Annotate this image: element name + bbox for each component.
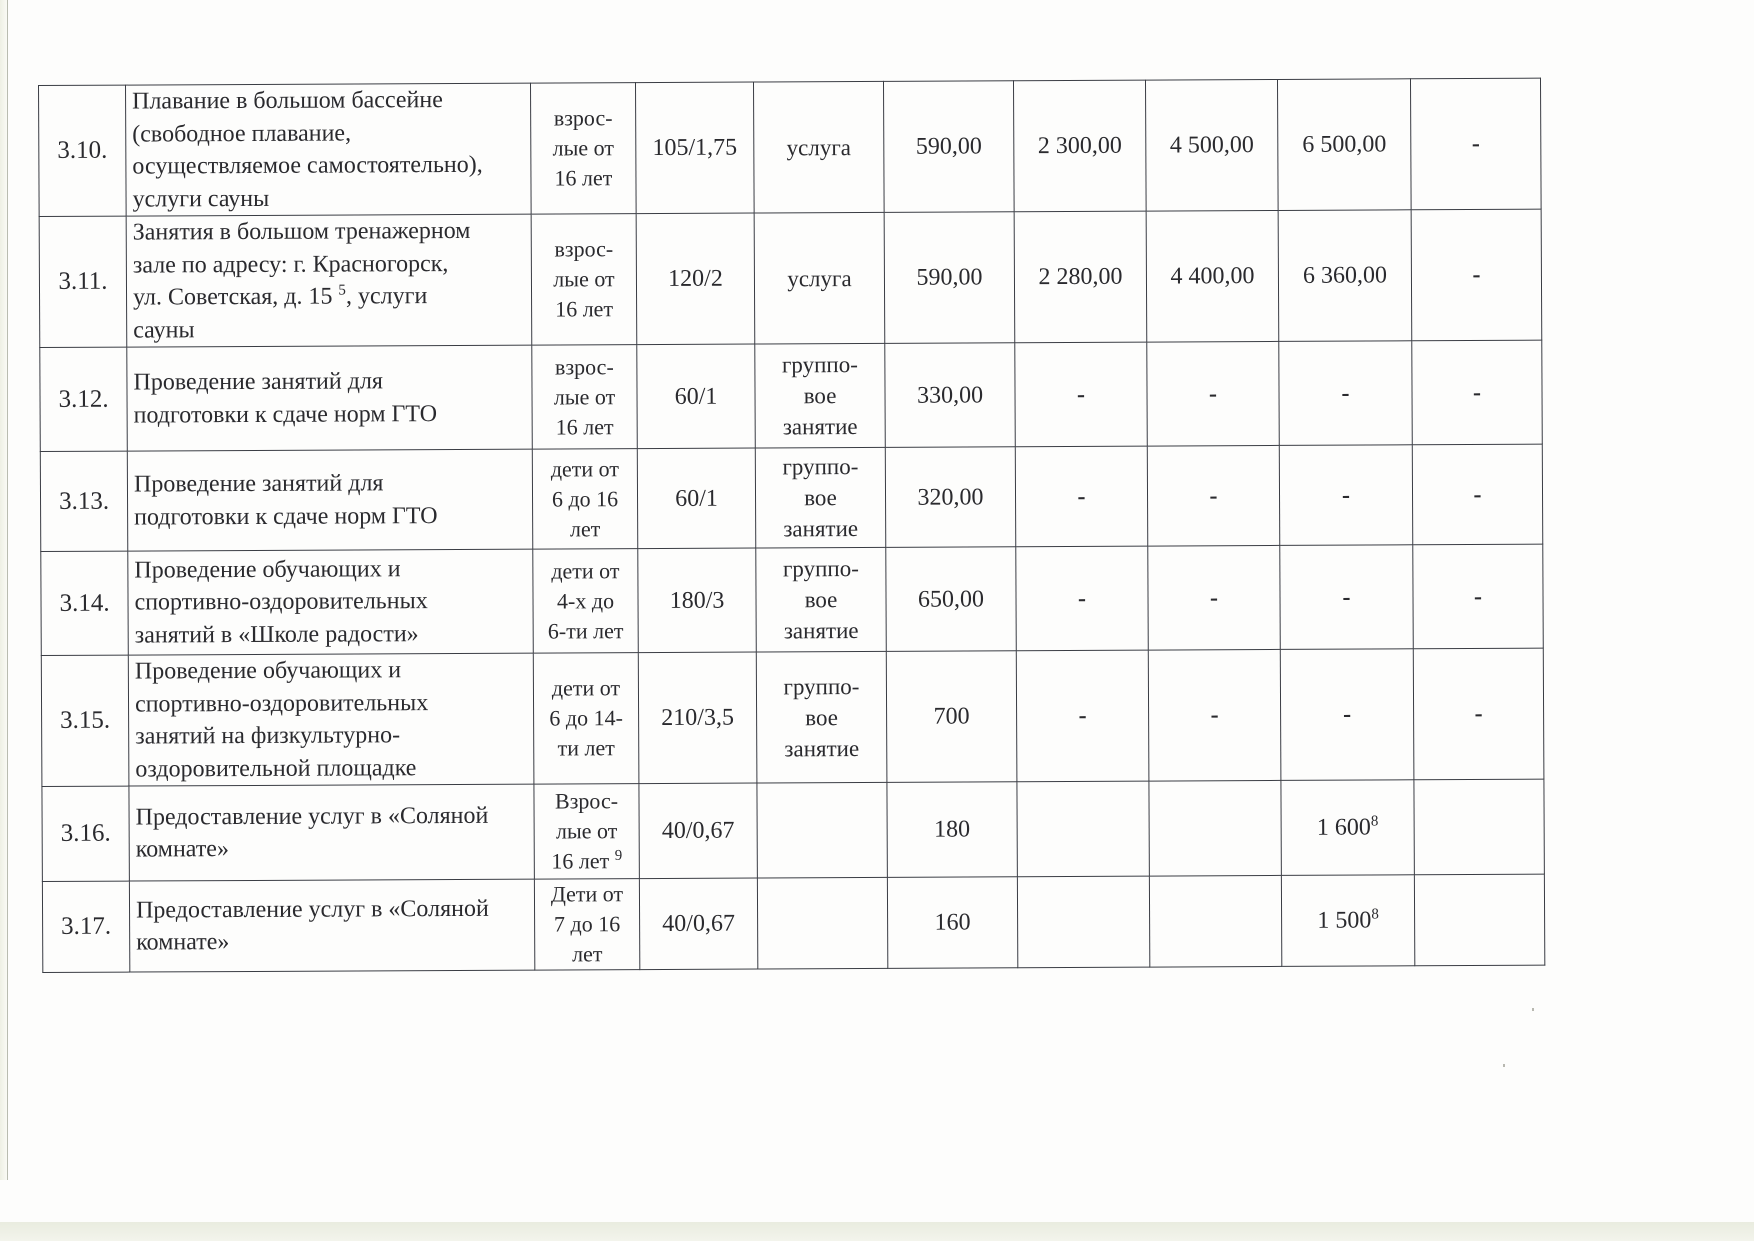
scan-speck: [1532, 1008, 1534, 1011]
price-col-5: -: [1410, 78, 1541, 210]
service-name: Предоставление услуг в «Солянойкомнате»: [129, 784, 534, 881]
duration: 105/1,75: [635, 82, 754, 214]
price-col-5: -: [1413, 648, 1544, 780]
duration: 60/1: [637, 448, 755, 549]
table-row: 3.14. Проведение обучающих испортивно-оз…: [41, 544, 1543, 655]
unit: услуга: [753, 81, 884, 213]
price-col-3: 4 400,00: [1146, 210, 1279, 342]
table-row: 3.13. Проведение занятий дляподготовки к…: [40, 444, 1542, 551]
price-col-2: -: [1016, 546, 1149, 651]
table-row: 3.15. Проведение обучающих испортивно-оз…: [41, 648, 1544, 786]
age-category: Взрос-лые от16 лет 9: [534, 784, 639, 880]
duration: 40/0,67: [639, 878, 757, 970]
unit: услуга: [754, 212, 885, 344]
price-col-4: -: [1279, 341, 1413, 446]
unit: [757, 782, 887, 878]
price-col-2: 2 280,00: [1014, 211, 1147, 343]
service-name: Проведение занятий дляподготовки к сдаче…: [127, 345, 533, 451]
price-col-2: [1017, 876, 1149, 968]
unit: группо-воезанятие: [756, 651, 887, 783]
scan-bottom-edge: [0, 1222, 1754, 1241]
age-category: взрос-лые от16 лет: [531, 214, 637, 346]
scan-left-line: [7, 0, 8, 1180]
duration: 180/3: [638, 548, 757, 653]
table-row: 3.11. Занятия в большом тренажерномзале …: [39, 209, 1542, 347]
price-col-2: [1017, 781, 1149, 877]
price-col-4: 1 5008: [1281, 875, 1414, 967]
unit: группо-воезанятие: [756, 547, 887, 652]
duration: 120/2: [636, 213, 755, 345]
row-number: 3.12.: [40, 347, 128, 451]
price-col-4: -: [1279, 445, 1412, 546]
price-col-4: 6 360,00: [1278, 210, 1412, 342]
price-col-4: -: [1280, 649, 1414, 781]
price-col-5: [1414, 779, 1544, 875]
price-col-3: -: [1148, 649, 1281, 781]
table-row: 3.10. Плавание в большом бассейне(свобод…: [39, 78, 1542, 216]
scan-speck: [1503, 1064, 1505, 1067]
table-row: 3.17. Предоставление услуг в «Солянойком…: [42, 874, 1544, 972]
age-category: взрос-лые от16 лет: [532, 345, 638, 450]
price-single: 320,00: [885, 447, 1015, 548]
row-number: 3.17.: [42, 881, 129, 972]
price-col-3: -: [1147, 445, 1279, 546]
tariff-table: 3.10. Плавание в большом бассейне(свобод…: [38, 78, 1545, 973]
duration: 40/0,67: [639, 783, 757, 879]
price-col-4: -: [1280, 545, 1414, 650]
price-col-2: -: [1016, 650, 1149, 782]
row-number: 3.10.: [39, 85, 127, 216]
price-col-2: -: [1015, 342, 1148, 447]
price-single: 180: [887, 782, 1017, 878]
duration: 60/1: [637, 344, 756, 449]
age-category: дети от6 до 16лет: [532, 449, 637, 550]
row-number: 3.14.: [41, 551, 129, 655]
unit: группо-воезанятие: [755, 343, 886, 448]
price-col-5: -: [1413, 544, 1544, 649]
service-name: Проведение обучающих испортивно-оздорови…: [128, 653, 534, 786]
table-row: 3.16. Предоставление услуг в «Солянойком…: [42, 779, 1544, 881]
price-single: 590,00: [884, 212, 1015, 344]
service-name: Плавание в большом бассейне(свободное пл…: [126, 83, 532, 216]
price-single: 330,00: [885, 343, 1016, 448]
price-col-5: -: [1412, 444, 1542, 545]
price-col-3: -: [1147, 341, 1280, 446]
unit: группо-воезанятие: [755, 447, 885, 548]
age-category: взрос-лые от16 лет: [530, 83, 636, 215]
age-category: Дети от7 до 16лет: [534, 879, 639, 971]
service-name: Проведение обучающих испортивно-оздорови…: [128, 549, 534, 655]
price-col-4: 6 500,00: [1277, 79, 1411, 211]
age-category: дети от4-х до6-ти лет: [533, 549, 639, 654]
price-col-3: 4 500,00: [1145, 79, 1278, 211]
service-name: Занятия в большом тренажерномзале по адр…: [126, 214, 532, 347]
row-number: 3.16.: [42, 786, 129, 881]
price-col-5: [1414, 874, 1544, 966]
price-col-5: -: [1412, 340, 1543, 445]
table-row: 3.12. Проведение занятий дляподготовки к…: [40, 340, 1542, 451]
price-col-2: 2 300,00: [1013, 80, 1146, 212]
row-number: 3.15.: [41, 655, 129, 786]
row-number: 3.11.: [39, 216, 127, 347]
service-name: Предоставление услуг в «Солянойкомнате»: [129, 879, 534, 972]
price-col-3: [1149, 875, 1281, 967]
price-col-4: 1 6008: [1281, 780, 1414, 876]
duration: 210/3,5: [638, 652, 757, 784]
price-single: 160: [887, 877, 1017, 969]
price-col-5: -: [1411, 209, 1542, 341]
age-category: дети от6 до 14-ти лет: [533, 653, 639, 785]
price-single: 700: [886, 651, 1017, 783]
service-name: Проведение занятий дляподготовки к сдаче…: [127, 449, 532, 551]
price-col-2: -: [1015, 446, 1147, 547]
unit: [757, 877, 887, 969]
price-single: 650,00: [886, 547, 1017, 652]
row-number: 3.13.: [40, 451, 127, 551]
price-col-3: -: [1148, 545, 1281, 650]
price-col-3: [1149, 780, 1281, 876]
price-single: 590,00: [883, 81, 1014, 213]
